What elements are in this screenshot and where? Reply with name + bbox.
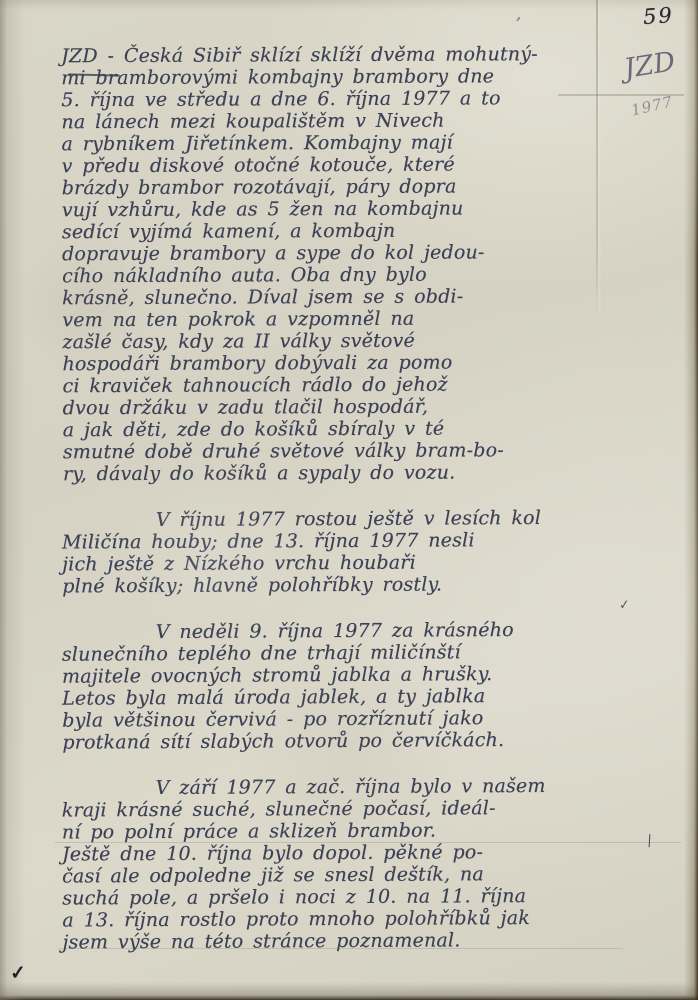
text-line: vují vzhůru, kde as 5 žen na kombajnu [62, 197, 614, 221]
paragraph-weather: V září 1977 a zač. října bylo v našemkra… [62, 775, 615, 954]
text-line: v předu diskové otočné kotouče, které [62, 153, 614, 177]
text-line: suchá pole, a pršelo i noci z 10. na 11.… [62, 885, 614, 910]
text-line: cího nákladního auta. Oba dny bylo [62, 263, 614, 287]
checkmark-bottom-left: ✓ [9, 961, 26, 984]
text-line: sedící vyjímá kamení, a kombajn [62, 219, 614, 243]
text-line: jich ještě z Nízkého vrchu houbaři [62, 551, 614, 576]
text-line: Miličína houby; dne 13. října 1977 nesli [62, 529, 614, 554]
paragraph-harvest: JZD - Česká Sibiř sklízí sklíží dvěma mo… [61, 43, 615, 485]
text-line: a rybníkem Jiřetínkem. Kombajny mají [61, 131, 613, 155]
text-line: ní po polní práce a sklizeň brambor. [62, 819, 614, 844]
text-line: krásně, slunečno. Díval jsem se s obdi- [62, 285, 614, 309]
text-line: a 13. října rostlo proto mnoho polohříbk… [62, 907, 614, 932]
manuscript-page: 59 JZD 1977 ’ JZD - Česká Sibiř sklízí s… [0, 0, 698, 1000]
text-line: 5. října ve středu a dne 6. října 1977 a… [61, 87, 613, 111]
text-line: ry, dávaly do košíků a sypaly do vozu. [63, 461, 615, 485]
text-line: JZD - Česká Sibiř sklízí sklíží dvěma mo… [61, 43, 613, 67]
text-line: a jak děti, zde do košíků sbíraly v té [63, 417, 615, 441]
paragraph-mushrooms: V říjnu 1977 rostou ještě v lesích kolMi… [62, 507, 614, 598]
paragraph-fruit: V neděli 9. října 1977 za krásnéhosluneč… [62, 618, 615, 753]
text-line: na lánech mezi koupalištěm v Nivech [61, 109, 613, 133]
text-line: časí ale odpoledne již se snesl deštík, … [62, 863, 614, 888]
text-line: mi bramborovými kombajny brambory dne [61, 65, 613, 89]
checkmark-paragraph: ✓ [618, 597, 630, 613]
text-line: dopravuje brambory a sype do kol jedou- [62, 241, 614, 265]
text-line: hospodáři brambory dobývali za pomo [62, 351, 614, 375]
text-line: smutné době druhé světové války bram-bo- [63, 439, 615, 463]
text-line: V září 1977 a zač. října bylo v našem [62, 775, 614, 800]
margin-note-jzd: JZD [622, 46, 677, 85]
stray-ink-mark: ’ [512, 14, 523, 36]
margin-tick-mark: ❘ [644, 833, 656, 849]
text-line: zašlé časy, kdy za II války světové [62, 329, 614, 353]
text-line: protkaná sítí slabých otvorů po červíčká… [62, 728, 614, 753]
margin-note-year: 1977 [630, 92, 675, 119]
text-line: V říjnu 1977 rostou ještě v lesích kol [62, 507, 614, 532]
text-line: kraji krásné suché, slunečné počasí, ide… [62, 797, 614, 822]
text-line: vem na ten pokrok a vzpomněl na [62, 307, 614, 331]
text-line: jsem výše na této stránce poznamenal. [62, 929, 614, 954]
text-line: ci kraviček tahnoucích rádlo do jehož [62, 373, 614, 397]
text-line: plné košíky; hlavně polohříbky rostly. [62, 573, 614, 598]
text-line: dvou držáku v zadu tlačil hospodář, [63, 395, 615, 419]
handwritten-text-block: JZD - Česká Sibiř sklízí sklíží dvěma mo… [62, 44, 614, 952]
text-line: Ještě dne 10. října bylo dopol. pěkné po… [62, 841, 614, 866]
page-number: 59 [642, 3, 674, 29]
text-line: brázdy brambor rozotávají, páry dopra [62, 175, 614, 199]
